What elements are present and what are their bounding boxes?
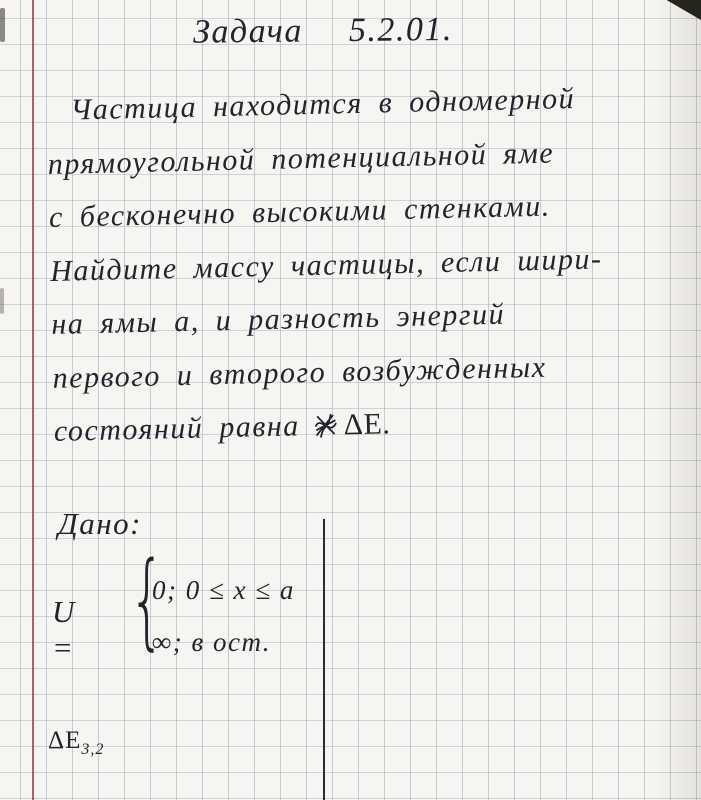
potential-cases: 0; 0 ≤ x ≤ a ∞; в ост. (152, 564, 295, 668)
case-outside-well: ∞; в ост. (152, 616, 295, 668)
title-number: 5.2.01. (349, 11, 453, 50)
notebook-page: Задача 5.2.01. Частица находится в одном… (0, 0, 701, 800)
energy-subscript: 3,2 (81, 741, 104, 758)
given-label: Дано: (58, 506, 142, 542)
problem-statement: Частица находится в одномерной прямоугол… (46, 69, 701, 462)
page-title: Задача 5.2.01. (0, 8, 701, 53)
potential-lhs: U = (52, 594, 76, 666)
solution-divider-line (323, 519, 325, 800)
crossed-out-scribble (313, 402, 338, 456)
red-margin-line (32, 0, 34, 800)
case-inside-well: 0; 0 ≤ x ≤ a (152, 564, 295, 616)
delta-E-symbol: ΔE. (343, 407, 390, 441)
energy-difference-expression: ΔE3,2 (48, 727, 104, 759)
title-word: Задача (193, 12, 303, 51)
energy-symbol: ΔE (48, 727, 81, 754)
edge-smudge (0, 288, 4, 314)
statement-last-line-text: состояний равна (54, 409, 301, 448)
